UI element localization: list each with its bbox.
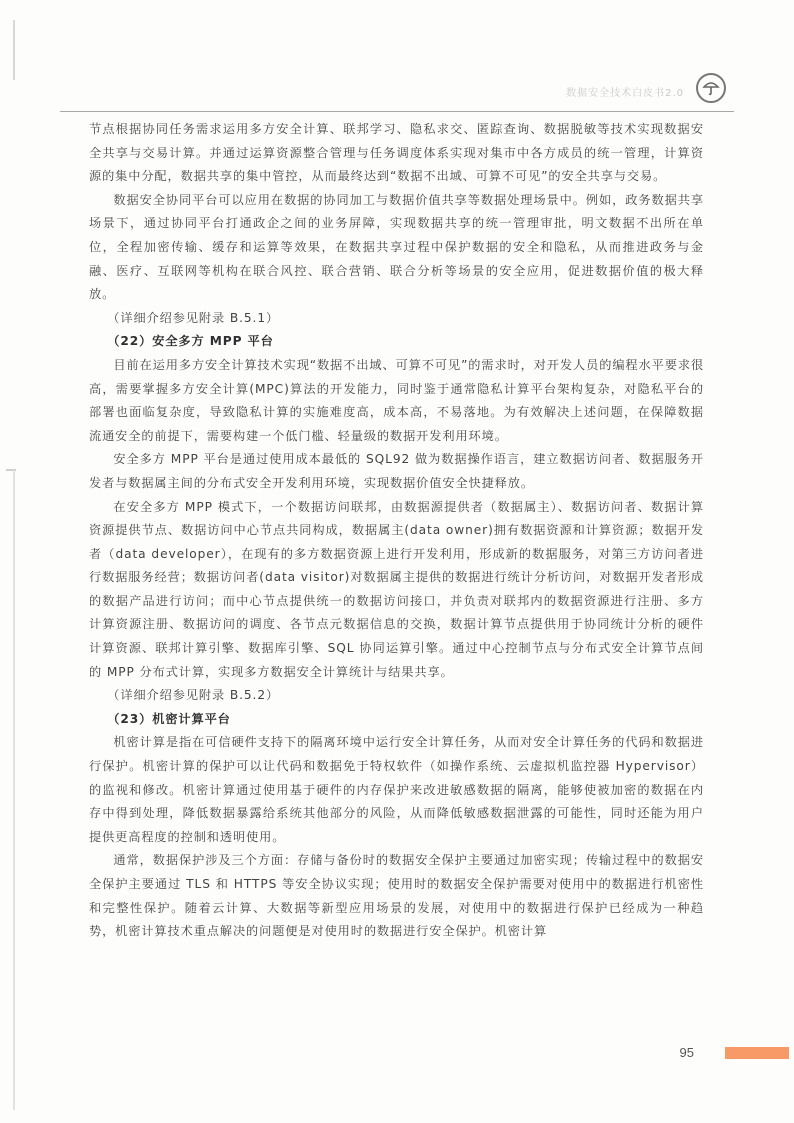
- section-heading: （23）机密计算平台: [89, 708, 704, 732]
- appendix-reference: （详细介绍参见附录 B.5.1）: [89, 307, 704, 331]
- page-edge-line: [13, 470, 15, 1110]
- paragraph: 通常，数据保护涉及三个方面：存储与备份时的数据安全保护主要通过加密实现；传输过程…: [89, 849, 704, 943]
- header-rule: [60, 111, 734, 112]
- umbrella-circle-icon: [696, 73, 726, 103]
- running-title: 数据安全技术白皮书2.0: [566, 84, 684, 99]
- page-footer: 95: [0, 1045, 794, 1063]
- page-number: 95: [680, 1045, 694, 1060]
- section-heading: （22）安全多方 MPP 平台: [89, 330, 704, 354]
- paragraph: 机密计算是指在可信硬件支持下的隔离环境中运行安全计算任务，从而对安全计算任务的代…: [89, 731, 704, 849]
- page-body: 节点根据协同任务需求运用多方安全计算、联邦学习、隐私求交、匿踪查询、数据脱敏等技…: [89, 118, 704, 944]
- paragraph: 在安全多方 MPP 模式下，一个数据访问联邦，由数据源提供者（数据属主）、数据访…: [89, 496, 704, 685]
- running-header: 数据安全技术白皮书2.0: [60, 70, 734, 112]
- paragraph: 节点根据协同任务需求运用多方安全计算、联邦学习、隐私求交、匿踪查询、数据脱敏等技…: [89, 118, 704, 189]
- paragraph: 目前在运用多方安全计算技术实现“数据不出域、可算不可见”的需求时，对开发人员的编…: [89, 354, 704, 448]
- page-edge-line: [13, 20, 15, 80]
- appendix-reference: （详细介绍参见附录 B.5.2）: [89, 684, 704, 708]
- paragraph: 数据安全协同平台可以应用在数据的协同加工与数据价值共享等数据处理场景中。例如，政…: [89, 189, 704, 307]
- page-accent-bar: [725, 1047, 789, 1059]
- paragraph: 安全多方 MPP 平台是通过使用成本最低的 SQL92 做为数据操作语言，建立数…: [89, 448, 704, 495]
